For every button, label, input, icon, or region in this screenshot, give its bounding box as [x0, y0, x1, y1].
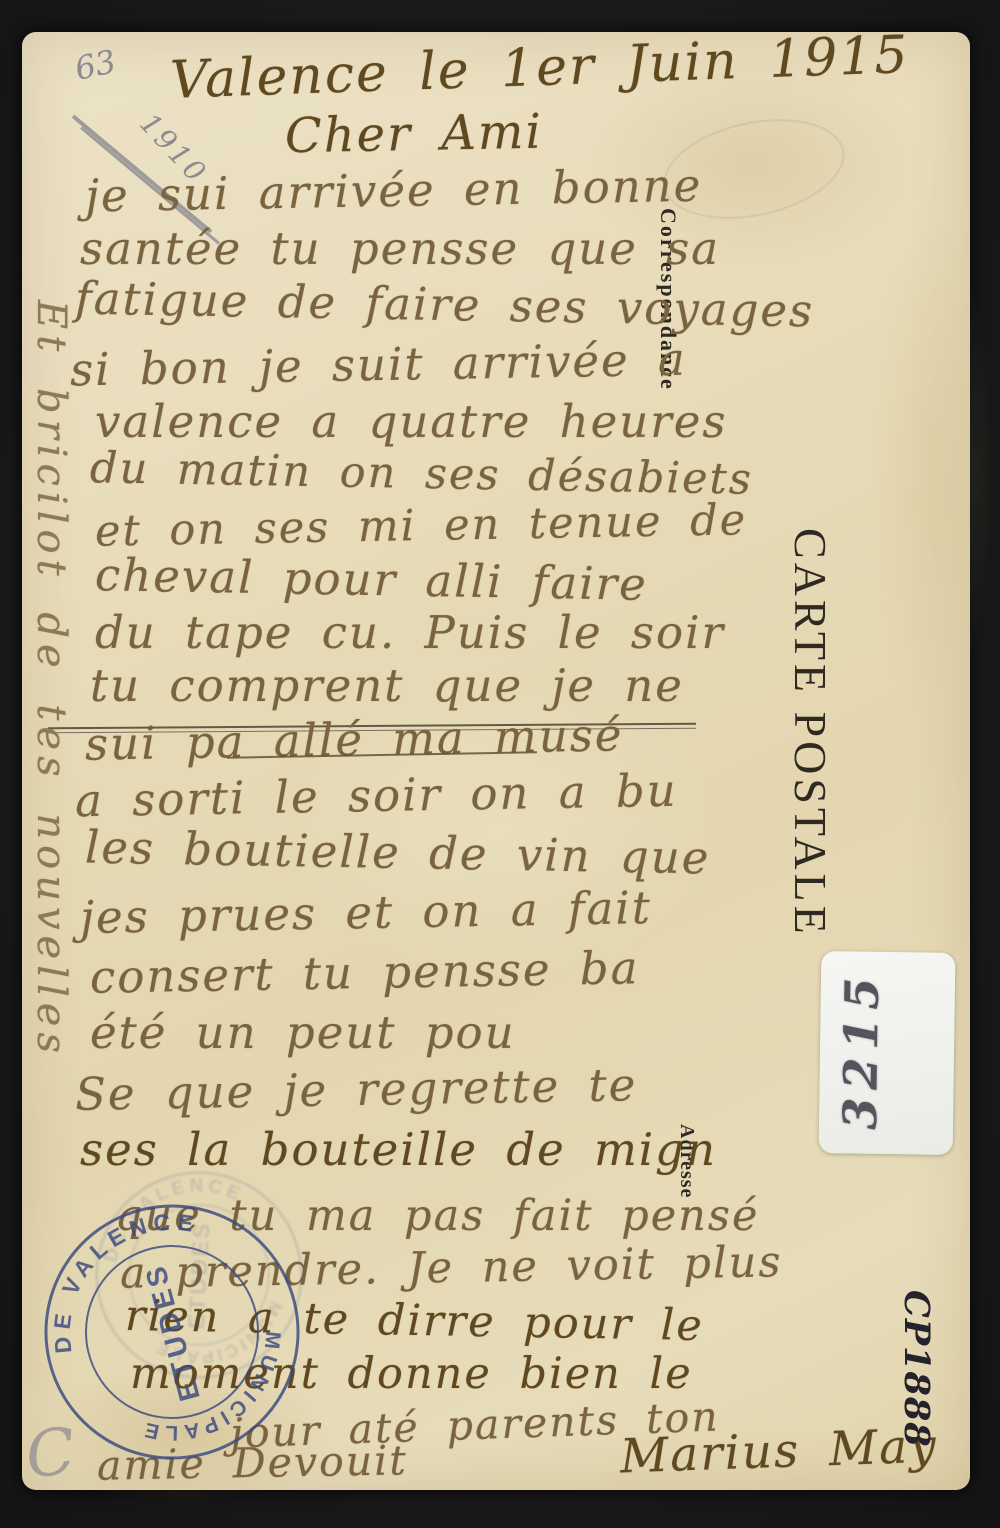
letter-margin-note: Et bricilot de tes nouvelles: [28, 300, 74, 1230]
paper-stain: [872, 212, 992, 732]
library-stamp: DE VALENCE MUNICIPALE ETUDES: [37, 1197, 307, 1467]
pencil-number-note: 63: [71, 42, 119, 88]
letter-line: jes prues et on a fait: [80, 881, 653, 944]
svg-text:ETUDES: ETUDES: [139, 1259, 207, 1404]
letter-line: sui pa allé ma musé: [85, 708, 624, 770]
postcard: Correspondance CARTE POSTALE Adresse 63 …: [22, 32, 970, 1490]
scan-background: { "card": { "pencil": { "top_number": "6…: [0, 0, 1000, 1528]
letter-line: du matin on ses désabiets: [90, 443, 754, 505]
letter-line: a sorti le soir on a bu: [75, 764, 678, 828]
letter-line: été un peut pou: [90, 1006, 516, 1059]
letter-signature: Marius May: [619, 1418, 938, 1484]
letter-line: les boutielle de vin que: [85, 821, 711, 885]
letter-line: valence a quatre heures: [95, 395, 728, 448]
inventory-code: CP1888: [896, 1290, 937, 1450]
letter-line: Se que je regrette te: [75, 1058, 638, 1121]
svg-text:MUNICIPALE: MUNICIPALE: [127, 1320, 307, 1467]
letter-line: et on ses mi en tenue de: [95, 495, 748, 556]
archive-sticker-number: 3215: [833, 969, 889, 1130]
svg-text:DE VALENCE: DE VALENCE: [37, 1197, 226, 1365]
letter-line: si bon je suit arrivée a: [70, 333, 688, 397]
letter-line: fatigue de faire ses voyages: [75, 272, 815, 338]
letter-line: cheval pour alli faire: [95, 548, 649, 611]
letter-dateline: Valence le 1er Juin 1915: [169, 25, 910, 111]
letter-line: santée tu pensse que sa: [80, 222, 720, 275]
letter-line: consert tu pensse ba: [90, 941, 640, 1004]
letter-line: tu comprent que je ne: [90, 659, 684, 712]
letter-line: du tape cu. Puis le soir: [95, 606, 725, 659]
archive-sticker: 3215: [819, 951, 956, 1155]
letter-line: je sui arrivée en bonne: [85, 159, 703, 223]
letter-salutation: Cher Ami: [285, 104, 544, 164]
